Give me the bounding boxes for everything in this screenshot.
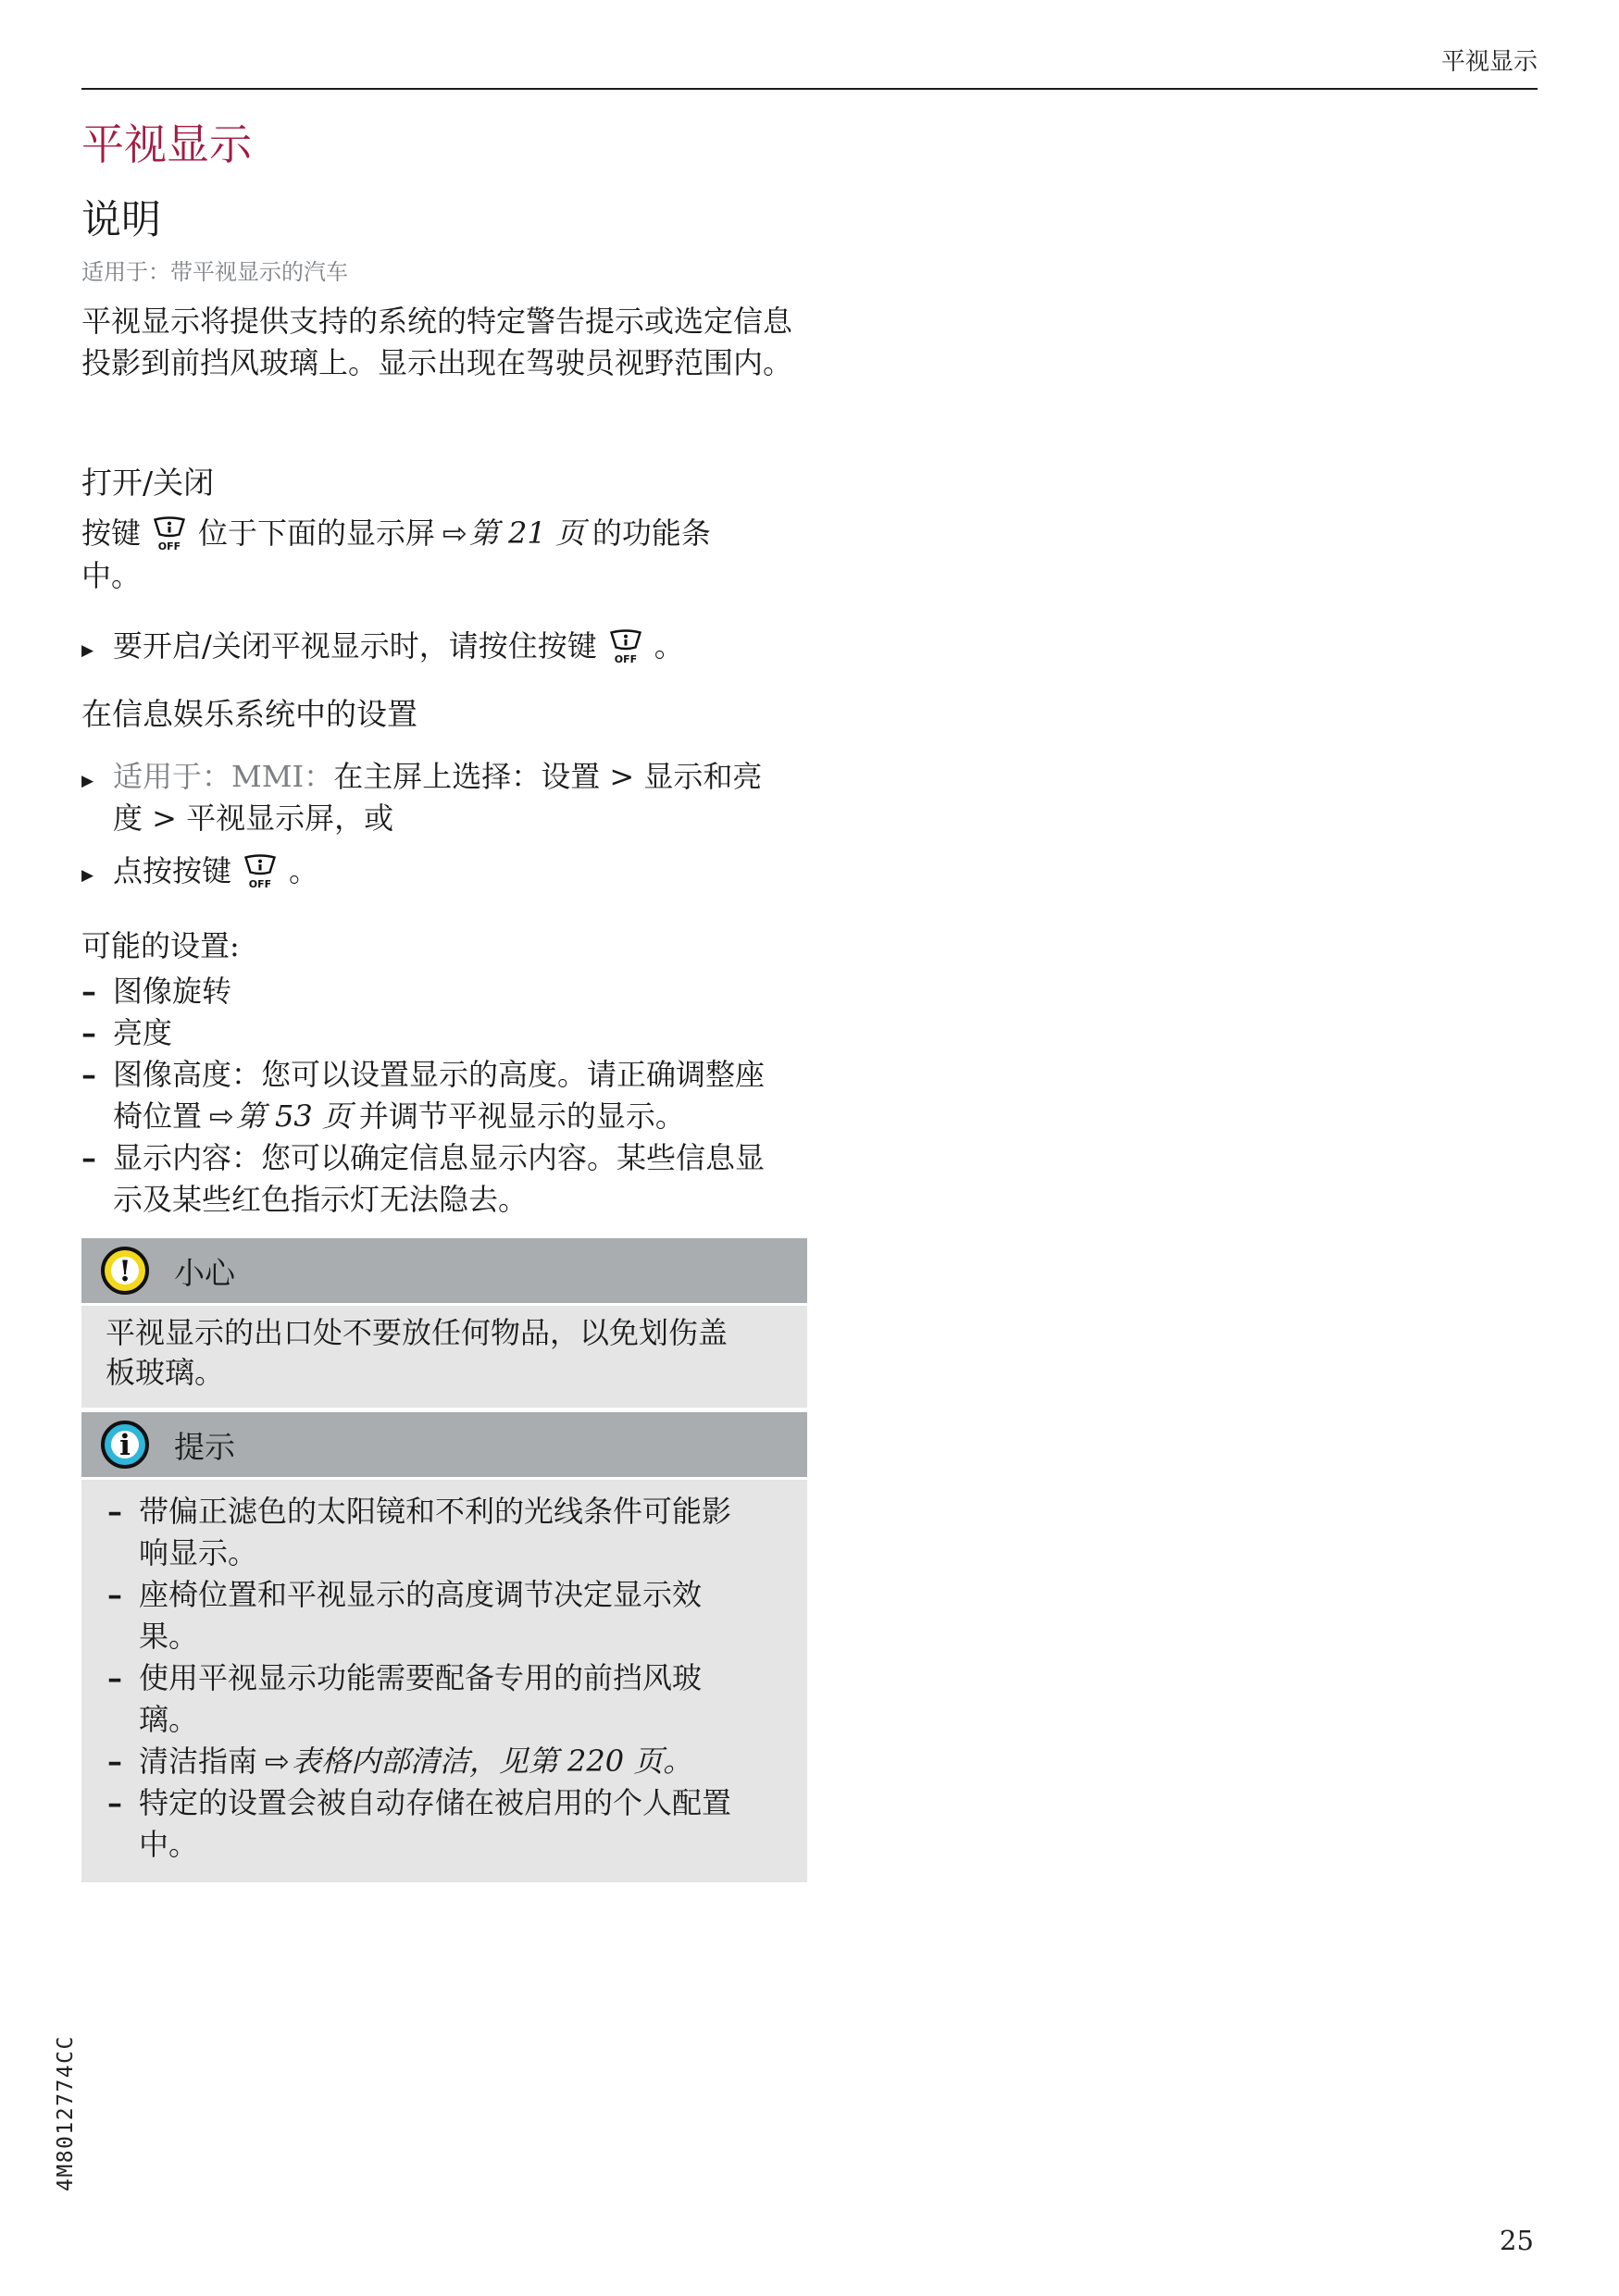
tip-item-seat: – 座椅位置和平视显示的高度调节决定显示效果。 [107,1574,785,1657]
tip-list: – 带偏正滤色的太阳镜和不利的光线条件可能影响显示。 – 座椅位置和平视显示的高… [107,1491,785,1866]
page-ref-53: ⇨第 53 页 [209,1098,352,1134]
dash-bullet: – [107,1741,139,1782]
dash-bullet: – [81,1137,113,1179]
mmi-applies-text: 适用于：MMI： [113,759,333,794]
settings-list: – 图像旋转 – 亮度 – 图像高度：您可以设置显示的高度。请正确调整座椅位置⇨… [81,971,776,1221]
hud-button-icon: OFF [606,628,645,665]
action-bullet-icon: ▶ [81,850,113,897]
hud-button-icon: OFF [241,853,280,890]
intro-paragraph: 平视显示将提供支持的系统的特定警告提示或选定信息投影到前挡风玻璃上。显示出现在驾… [81,301,807,384]
tip-box: i 提示 – 带偏正滤色的太阳镜和不利的光线条件可能影响显示。 – 座椅位置和平… [81,1412,807,1882]
warning-icon: ! [100,1246,150,1296]
action-item-mmi: ▶ 适用于：MMI：在主屏上选择：设置 > 显示和亮度 > 平视显示屏，或 [81,756,779,839]
dash-bullet: – [107,1491,139,1533]
settings-intro: 可能的设置: [81,923,240,965]
toggle-pre-text: 要开启/关闭平视显示时，请按住按键 [113,628,597,664]
page-ref-21: ⇨第 21 页 [442,515,585,551]
action-item-toggle: ▶ 要开启/关闭平视显示时，请按住按键OFF。 [81,626,779,672]
ref-arrow-icon: ⇨ [265,1744,290,1779]
tip-item-sunglasses: – 带偏正滤色的太阳镜和不利的光线条件可能影响显示。 [107,1491,785,1574]
section-heading: 说明 [81,189,161,245]
settings-item-height: – 图像高度：您可以设置显示的高度。请正确调整座椅位置⇨第 53 页并调节平视显… [81,1054,776,1137]
action-bullet-icon: ▶ [81,626,113,672]
caution-header: ! 小心 [81,1238,807,1303]
ref-arrow-icon: ⇨ [209,1098,234,1134]
caution-label: 小心 [174,1249,235,1293]
settings-item-brightness: – 亮度 [81,1012,776,1054]
dash-bullet: – [107,1574,139,1616]
page-header: 平视显示 [81,0,1538,90]
dash-bullet: – [81,971,113,1012]
tap-post-text: 。 [289,853,318,888]
tip-header: i 提示 [81,1412,807,1477]
subsection-heading-infotainment: 在信息娱乐系统中的设置 [81,690,417,734]
dash-bullet: – [107,1657,139,1699]
ref-text: 第 21 页 [469,515,585,551]
ref-text: 表格内部清洁，见第 220 页。 [292,1744,692,1779]
applies-to-note: 适用于：带平视显示的汽车 [81,254,348,286]
action-item-text: 适用于：MMI：在主屏上选择：设置 > 显示和亮度 > 平视显示屏，或 [113,756,779,839]
subsection-heading-on-off: 打开/关闭 [81,459,214,503]
toggle-post-text: 。 [654,628,684,664]
hud-button-icon: OFF [150,515,189,552]
action-bullet-icon: ▶ [81,756,113,802]
ref-text: 第 53 页 [236,1098,352,1134]
caution-body: 平视显示的出口处不要放任何物品，以免划伤盖板玻璃。 [81,1306,807,1408]
action-list: ▶ 要开启/关闭平视显示时，请按住按键OFF。 [81,626,779,672]
settings-item-rotation: – 图像旋转 [81,971,776,1012]
tip-label: 提示 [174,1423,235,1467]
hud-off-label: OFF [249,878,271,890]
cleaning-pre-text: 清洁指南 [139,1744,257,1779]
settings-item-text: 亮度 [113,1012,776,1054]
key-pre-text: 按键 [81,515,141,551]
tip-item-text: 使用平视显示功能需要配备专用的前挡风玻璃。 [139,1657,742,1741]
dash-bullet: – [81,1012,113,1054]
tip-item-cleaning: – 清洁指南⇨表格内部清洁，见第 220 页。 [107,1741,785,1782]
settings-item-text: 图像高度：您可以设置显示的高度。请正确调整座椅位置⇨第 53 页并调节平视显示的… [113,1054,776,1137]
key-location-paragraph: 按键OFF位于下面的显示屏⇨第 21 页的功能条中。 [81,512,726,597]
article-title: 平视显示 [81,111,252,172]
info-glyph: i [119,1429,131,1462]
tip-item-text: 特定的设置会被自动存储在被启用的个人配置中。 [139,1782,742,1866]
height-post-text: 并调节平视显示的显示。 [359,1098,685,1134]
hud-off-label: OFF [158,540,181,552]
tip-item-windshield: – 使用平视显示功能需要配备专用的前挡风玻璃。 [107,1657,785,1741]
key-mid-text: 位于下面的显示屏 [198,515,435,551]
cleaning-ref: ⇨表格内部清洁，见第 220 页。 [265,1744,692,1779]
tap-pre-text: 点按按键 [113,853,231,888]
settings-item-text: 图像旋转 [113,971,776,1012]
dash-bullet: – [81,1054,113,1096]
action-list: ▶ 适用于：MMI：在主屏上选择：设置 > 显示和亮度 > 平视显示屏，或 [81,756,779,839]
warning-glyph: ! [118,1255,131,1288]
tip-item-text: 清洁指南⇨表格内部清洁，见第 220 页。 [139,1741,742,1782]
header-title: 平视显示 [1441,43,1538,77]
page-number: 25 [1500,2225,1534,2256]
caution-text: 平视显示的出口处不要放任何物品，以免划伤盖板玻璃。 [106,1313,744,1393]
settings-item-text: 显示内容：您可以确定信息显示内容。某些信息显示及某些红色指示灯无法隐去。 [113,1137,776,1221]
action-item-tap: ▶ 点按按键OFF。 [81,850,779,897]
manual-page: 平视显示 平视显示 说明 适用于：带平视显示的汽车 平视显示将提供支持的系统的特… [0,0,1619,2296]
caution-box: ! 小心 平视显示的出口处不要放任何物品，以免划伤盖板玻璃。 [81,1238,807,1408]
action-item-text: 要开启/关闭平视显示时，请按住按键OFF。 [113,626,779,667]
tip-item-text: 座椅位置和平视显示的高度调节决定显示效果。 [139,1574,742,1657]
part-number: 4M8012774CC [54,2035,78,2191]
action-item-text: 点按按键OFF。 [113,850,779,892]
settings-item-content: – 显示内容：您可以确定信息显示内容。某些信息显示及某些红色指示灯无法隐去。 [81,1137,776,1221]
tip-item-text: 带偏正滤色的太阳镜和不利的光线条件可能影响显示。 [139,1491,742,1574]
ref-arrow-icon: ⇨ [442,515,467,551]
info-icon: i [100,1420,150,1470]
tip-item-profile: – 特定的设置会被自动存储在被启用的个人配置中。 [107,1782,785,1866]
hud-off-label: OFF [615,653,637,665]
dash-bullet: – [107,1782,139,1824]
action-list: ▶ 点按按键OFF。 [81,850,779,897]
tip-body: – 带偏正滤色的太阳镜和不利的光线条件可能影响显示。 – 座椅位置和平视显示的高… [81,1480,807,1882]
